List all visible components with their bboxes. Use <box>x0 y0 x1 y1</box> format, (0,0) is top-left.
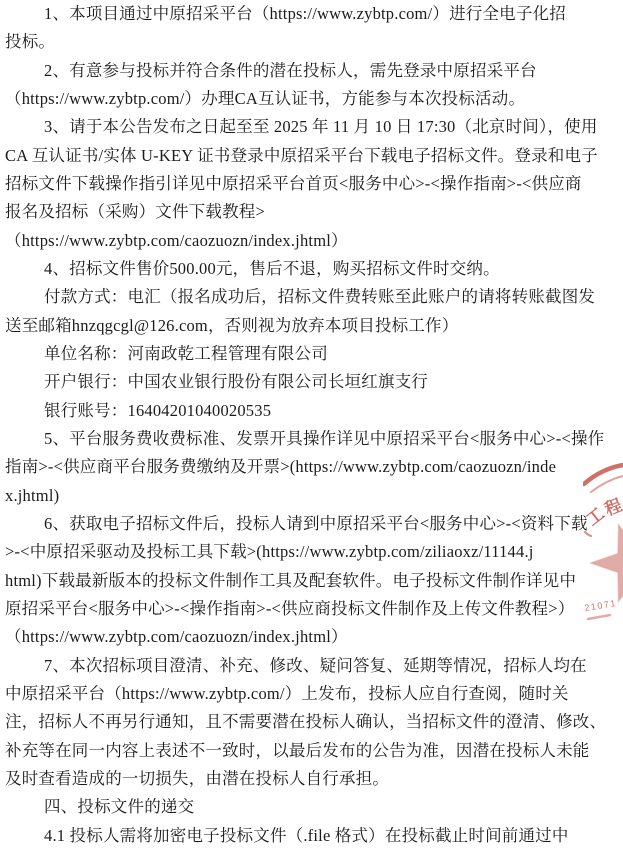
doc-line-14: 开户银行：中国农业银行股份有限公司长垣红旗支行 <box>0 368 623 396</box>
doc-line-15: 银行账号：16404201040020535 <box>0 397 623 425</box>
doc-line-25: 中原招采平台（https://www.zybtp.com/）上发布，投标人应自行… <box>0 680 623 708</box>
doc-line-27: 补充等在同一内容上表述不一致时，以最后发布的公告为准，因潜在投标人未能 <box>0 737 623 765</box>
doc-line-7: 招标文件下载操作指引详见中原招采平台首页<服务中心>-<操作指南>-<供应商 <box>0 170 623 198</box>
doc-line-8: 报名及招标（采购）文件下载教程> <box>0 198 623 226</box>
doc-line-5: 3、请于本公告发布之日起至至 2025 年 11 月 10 日 17:30（北京… <box>0 113 623 141</box>
doc-line-29: 四、投标文件的递交 <box>0 793 623 821</box>
doc-line-16: 5、平台服务费收费标准、发票开具操作详见中原招采平台<服务中心>-<操作 <box>0 425 623 453</box>
doc-line-17: 指南>-<供应商平台服务费缴纳及开票>(https://www.zybtp.co… <box>0 453 623 481</box>
doc-line-9: （https://www.zybtp.com/caozuozn/index.jh… <box>0 227 623 255</box>
doc-line-12: 送至邮箱hnzqgcgl@126.com，否则视为放弃本项目投标工作） <box>0 312 623 340</box>
doc-line-20: >-<中原招采驱动及投标工具下载>(https://www.zybtp.com/… <box>0 538 623 566</box>
doc-line-22: 原招采平台<服务中心>-<操作指南>-<供应商投标文件制作及上传文件教程>） <box>0 595 623 623</box>
doc-line-13: 单位名称：河南政乾工程管理有限公司 <box>0 340 623 368</box>
doc-line-26: 注，招标人不再另行通知，且不需要潜在投标人确认，当招标文件的澄清、修改、 <box>0 708 623 736</box>
doc-line-24: 7、本次招标项目澄清、补充、修改、疑问答复、延期等情况，招标人均在 <box>0 652 623 680</box>
document-body: 1、本项目通过中原招采平台（https://www.zybtp.com/）进行全… <box>0 0 623 850</box>
doc-line-2: 投标。 <box>0 28 623 56</box>
doc-line-3: 2、有意参与投标并符合条件的潜在投标人，需先登录中原招采平台 <box>0 57 623 85</box>
doc-line-28: 及时查看造成的一切损失，由潜在投标人自行承担。 <box>0 765 623 793</box>
doc-line-19: 6、获取电子招标文件后，投标人请到中原招采平台<服务中心>-<资料下载 <box>0 510 623 538</box>
doc-line-18: x.jhtml) <box>0 482 623 510</box>
doc-line-30: 4.1 投标人需将加密电子投标文件（.file 格式）在投标截止时间前通过中 <box>0 822 623 850</box>
doc-line-6: CA 互认证书/实体 U-KEY 证书登录中原招采平台下载电子招标文件。登录和电… <box>0 142 623 170</box>
doc-line-10: 4、招标文件售价500.00元，售后不退，购买招标文件时交纳。 <box>0 255 623 283</box>
doc-line-1: 1、本项目通过中原招采平台（https://www.zybtp.com/）进行全… <box>0 0 623 28</box>
document-page: 1、本项目通过中原招采平台（https://www.zybtp.com/）进行全… <box>0 0 623 850</box>
doc-line-4: （https://www.zybtp.com/）办理CA互认证书，方能参与本次投… <box>0 85 623 113</box>
doc-line-11: 付款方式：电汇（报名成功后，招标文件费转账至此账户的请将转账截图发 <box>0 283 623 311</box>
doc-line-21: html)下载最新版本的投标文件制作工具及配套软件。电子投标文件制作详见中 <box>0 567 623 595</box>
doc-line-23: （https://www.zybtp.com/caozuozn/index.jh… <box>0 623 623 651</box>
